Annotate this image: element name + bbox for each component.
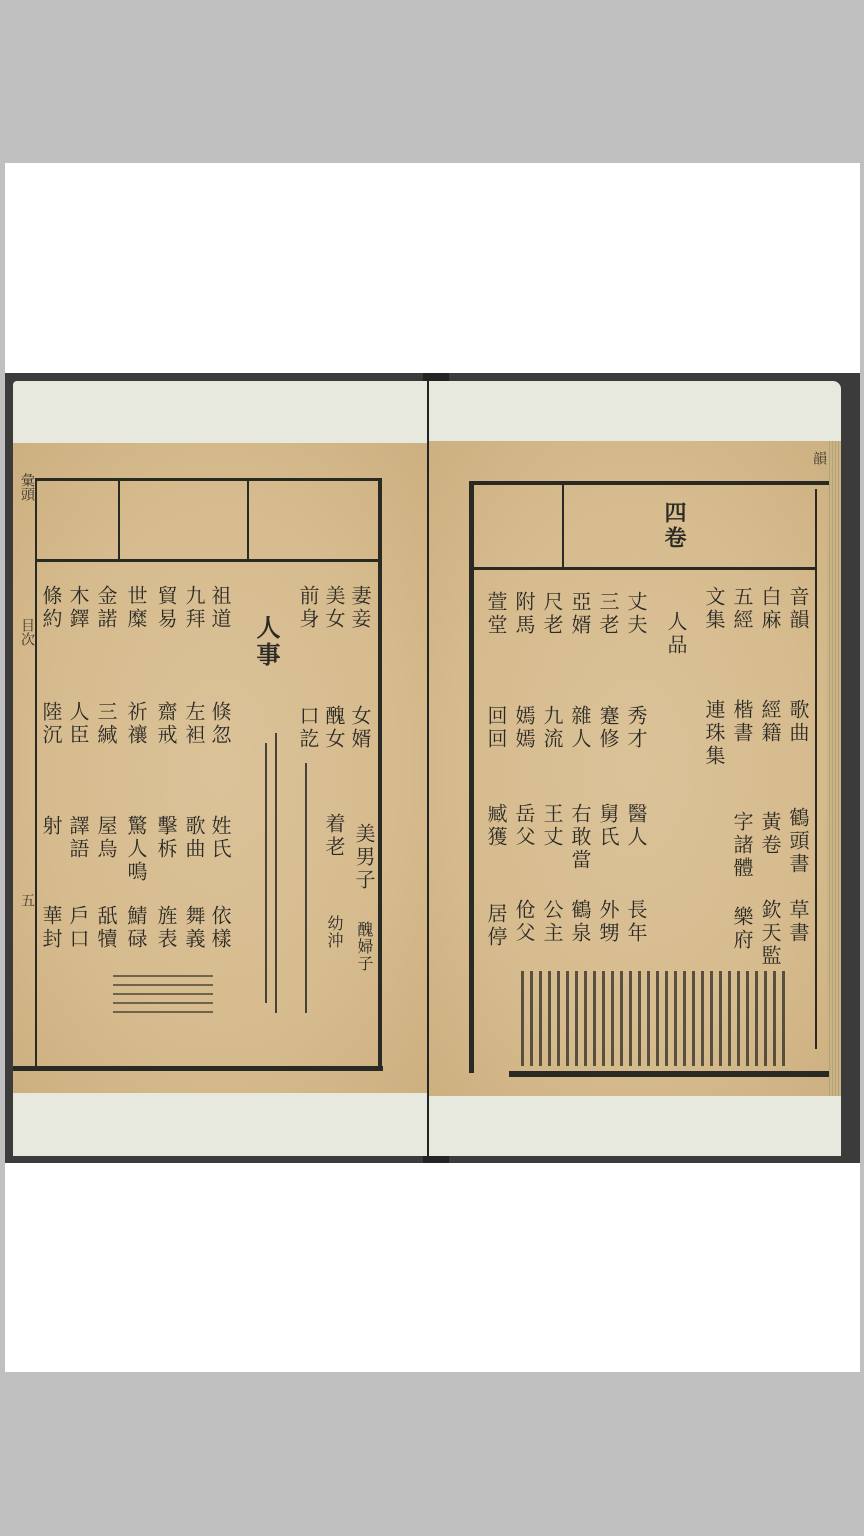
entry: 秀才 <box>625 705 647 751</box>
entry: 醫人 <box>625 803 647 849</box>
entry: 嫣嫣 <box>513 705 535 751</box>
right-border <box>378 478 382 1068</box>
entry: 欽天監 <box>759 899 781 968</box>
left-margin-subtitle: 目次 <box>17 618 37 646</box>
header-divider <box>562 485 564 567</box>
entry: 王丈 <box>541 803 563 849</box>
section-heading-renshi: 人事 <box>255 615 277 669</box>
entry: 三老 <box>597 591 619 637</box>
entry: 戶口 <box>67 905 89 951</box>
entry: 舞義 <box>183 905 205 951</box>
entry: 草書 <box>787 899 809 945</box>
left-margin-title: 彙頭 <box>17 473 37 501</box>
entry: 歌曲 <box>183 815 205 861</box>
left-border <box>469 483 474 1073</box>
entry: 樂府 <box>731 906 753 952</box>
entry: 長年 <box>625 899 647 945</box>
entry: 丈夫 <box>625 591 647 637</box>
header-bottom-rule <box>474 567 815 570</box>
entry: 蹇修 <box>597 705 619 751</box>
ink-scratch <box>305 763 307 1013</box>
page-fore-edge <box>827 441 841 1096</box>
entry: 妻妾 <box>349 585 371 631</box>
ink-scratch <box>275 733 277 1013</box>
right-border <box>815 489 817 1049</box>
entry: 金諾 <box>95 585 117 631</box>
entry: 條約 <box>40 585 62 631</box>
entry: 歌曲 <box>787 699 809 745</box>
entry: 九拜 <box>183 585 205 631</box>
bottom-rule <box>509 1071 829 1077</box>
entry: 姓氏 <box>209 815 231 861</box>
entry: 譯語 <box>67 815 89 861</box>
entry: 貿易 <box>155 585 177 631</box>
entry: 舅氏 <box>597 803 619 849</box>
bottom-rule <box>13 1066 383 1071</box>
entry: 附馬 <box>513 591 535 637</box>
entry: 美女 <box>323 585 345 631</box>
entry: 幼沖 <box>323 915 345 949</box>
left-border <box>35 481 37 1071</box>
entry: 亞婿 <box>569 591 591 637</box>
entry: 醜女 <box>323 705 345 751</box>
entry: 連珠集 <box>703 699 725 768</box>
right-page: 韻 四卷 音韻 白麻 五經 文集 人品 丈夫 三老 亞婿 尺老 附馬 萱堂 <box>429 381 841 1156</box>
viewer-frame: 彙頭 目次 五 妻妾 美女 前身 人事 祖道 九拜 貿易 世糜 金諾 木鐸 <box>5 163 860 1372</box>
header-top-rule <box>35 478 378 481</box>
entry: 公主 <box>541 899 563 945</box>
entry: 依樣 <box>209 905 231 951</box>
entry: 擊柝 <box>155 815 177 861</box>
entry: 鯖碌 <box>125 905 147 951</box>
entry: 黃卷 <box>759 811 781 857</box>
right-page-paper: 韻 四卷 音韻 白麻 五經 文集 人品 丈夫 三老 亞婿 尺老 附馬 萱堂 <box>429 441 841 1096</box>
ink-smudge <box>113 973 213 1013</box>
entry: 祈禳 <box>125 701 147 747</box>
entry: 鶴泉 <box>569 899 591 945</box>
header-divider-1 <box>118 481 120 559</box>
entry: 華封 <box>40 905 62 951</box>
entry: 文集 <box>703 586 725 632</box>
entry: 岳父 <box>513 803 535 849</box>
entry: 三緘 <box>95 701 117 747</box>
entry: 屋烏 <box>95 815 117 861</box>
section-heading-renpin: 人品 <box>665 611 687 657</box>
entry: 右敢當 <box>569 803 591 872</box>
entry: 萱堂 <box>485 591 507 637</box>
entry: 口訖 <box>297 705 319 751</box>
entry: 鶴頭書 <box>787 807 809 876</box>
entry: 着老 <box>323 813 345 859</box>
entry: 白麻 <box>759 586 781 632</box>
entry: 前身 <box>297 585 319 631</box>
entry: 祖道 <box>209 585 231 631</box>
ink-scratch <box>265 743 267 1003</box>
ink-smudge-area <box>521 971 791 1066</box>
entry: 女婿 <box>349 705 371 751</box>
entry: 回回 <box>485 705 507 751</box>
header-divider-2 <box>247 481 249 559</box>
left-page-paper: 彙頭 目次 五 妻妾 美女 前身 人事 祖道 九拜 貿易 世糜 金諾 木鐸 <box>13 443 427 1093</box>
entry: 齋戒 <box>155 701 177 747</box>
volume-title: 四卷 <box>663 501 685 551</box>
entry: 字諸體 <box>731 811 753 880</box>
entry: 倏忽 <box>209 701 231 747</box>
entry: 雜人 <box>569 705 591 751</box>
entry: 左袒 <box>183 701 205 747</box>
entry: 九流 <box>541 705 563 751</box>
book-scan: 彙頭 目次 五 妻妾 美女 前身 人事 祖道 九拜 貿易 世糜 金諾 木鐸 <box>5 373 860 1163</box>
entry: 臧獲 <box>485 803 507 849</box>
entry: 旌表 <box>155 905 177 951</box>
right-margin-title: 韻 <box>809 451 829 465</box>
entry: 五經 <box>731 586 753 632</box>
entry: 美男子 <box>353 823 375 892</box>
entry: 世糜 <box>125 585 147 631</box>
left-page: 彙頭 目次 五 妻妾 美女 前身 人事 祖道 九拜 貿易 世糜 金諾 木鐸 <box>13 381 427 1156</box>
entry: 外甥 <box>597 899 619 945</box>
entry: 居停 <box>485 903 507 949</box>
entry: 伧父 <box>513 899 535 945</box>
entry: 舐犢 <box>95 905 117 951</box>
entry: 音韻 <box>787 586 809 632</box>
header-bottom-rule <box>35 559 380 562</box>
entry: 楷書 <box>731 699 753 745</box>
header-top-rule <box>469 481 829 485</box>
entry: 人臣 <box>67 701 89 747</box>
left-page-number: 五 <box>17 893 37 907</box>
entry: 驚人鳴 <box>125 815 147 884</box>
entry: 經籍 <box>759 699 781 745</box>
entry: 木鐸 <box>67 585 89 631</box>
entry: 醜婦子 <box>353 921 375 972</box>
entry: 陸沉 <box>40 701 62 747</box>
entry: 尺老 <box>541 591 563 637</box>
entry: 射 <box>40 815 62 838</box>
